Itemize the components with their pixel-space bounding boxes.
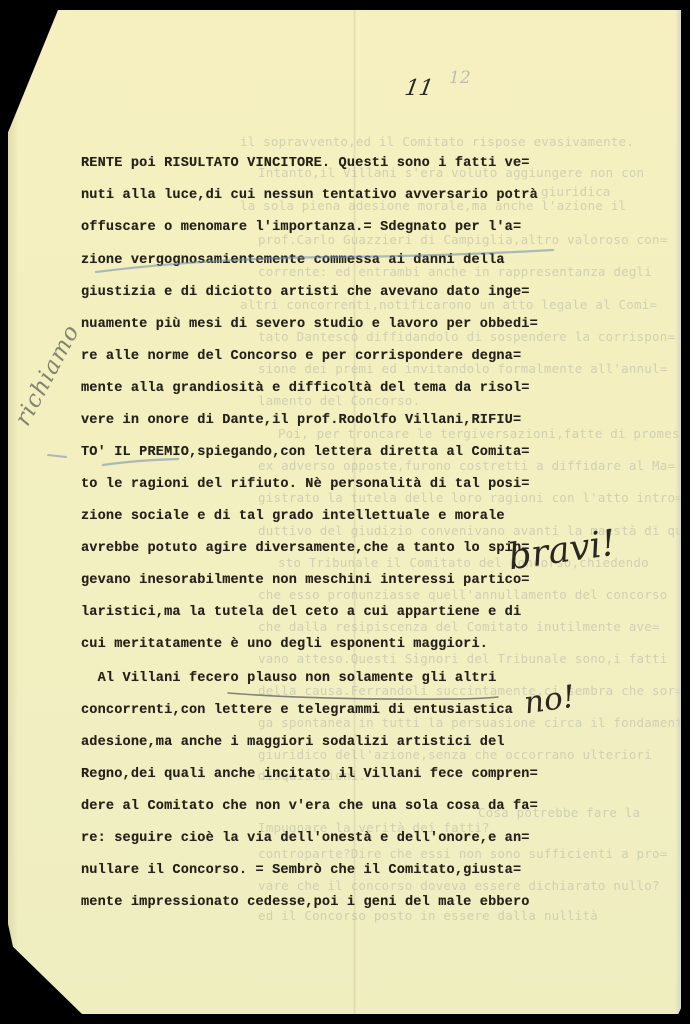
margin-note-right-bottom: no!: [522, 679, 578, 722]
typed-line: re alle norme del Concorso e per corrisp…: [81, 349, 521, 364]
document-page: il sopravvento,ed il Comitato rispose ev…: [8, 10, 681, 1014]
typed-line: re: seguire cioè la via dell'onestà e de…: [81, 831, 530, 846]
typed-line: gevano inesorabilmente non meschini inte…: [81, 573, 530, 588]
typed-line: nuamente più mesi di severo studio e lav…: [81, 317, 538, 332]
typed-line: laristici,ma la tutela del ceto a cui ap…: [81, 605, 521, 620]
typed-line: mente impressionato cedesse,poi i geni d…: [81, 895, 530, 910]
typed-line: mente alla grandiosità e difficoltà del …: [81, 381, 530, 396]
typed-line: offuscare o menomare l'importanza.= Sdeg…: [81, 220, 521, 235]
typed-line: giustizia e di diciotto artisti che avev…: [81, 285, 530, 300]
typed-body: RENTE poi RISULTATO VINCITORE. Questi so…: [8, 10, 681, 1014]
typed-line: zione sociale e di tal grado intellettua…: [81, 509, 505, 524]
typed-line: adesione,ma anche i maggiori sodalizi ar…: [81, 735, 505, 750]
typed-line: avrebbe potuto agire diversamente,che a …: [81, 541, 530, 556]
typed-line: RENTE poi RISULTATO VINCITORE. Questi so…: [81, 156, 530, 171]
typed-line: TO' IL PREMIO,spiegando,con lettera dire…: [81, 445, 530, 460]
typed-line: cui meritatamente è uno degli esponenti …: [81, 637, 488, 652]
typed-line: dere al Comitato che non v'era che una s…: [81, 799, 538, 814]
typed-line: concorrenti,con lettere e telegrammi di …: [81, 703, 513, 718]
typed-line: nuti alla luce,di cui nessun tentativo a…: [81, 188, 538, 203]
typed-line: to le ragioni del rifiuto. Nè personalit…: [81, 477, 530, 492]
typed-line: Regno,dei quali anche incitato il Villan…: [81, 767, 538, 782]
typed-line: zione vergognosamientemente commessa ai …: [81, 253, 505, 268]
typed-line: vere in onore di Dante,il prof.Rodolfo V…: [81, 413, 521, 428]
typed-line: nullare il Concorso. = Sembrò che il Com…: [81, 863, 521, 878]
typed-line: Al Villani fecero plauso non solamente g…: [81, 671, 496, 686]
